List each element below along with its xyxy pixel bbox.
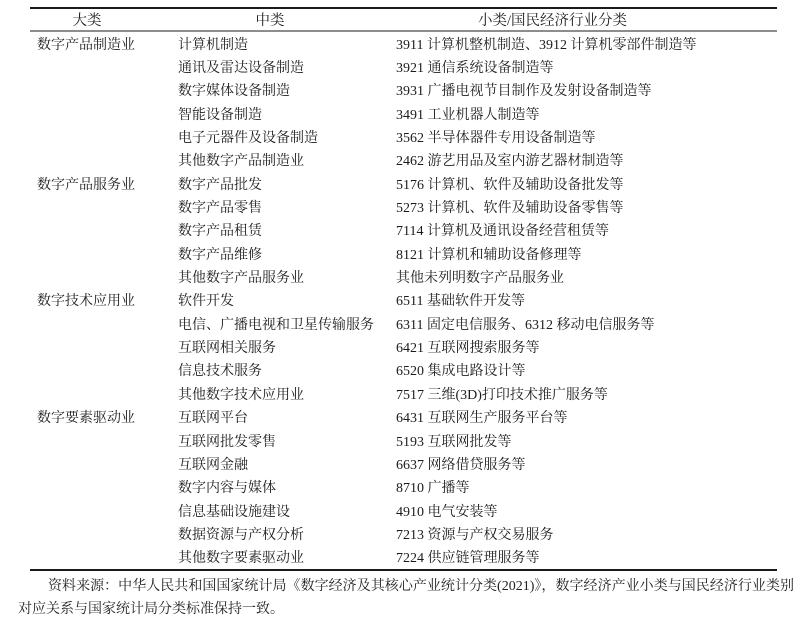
table-row: 数字要素驱动业互联网平台6431 互联网生产服务平台等 bbox=[30, 406, 777, 429]
cell-middle-category: 其他数字产品制造业 bbox=[170, 149, 388, 172]
cell-industry-classification: 8121 计算机和辅助设备修理等 bbox=[388, 242, 777, 265]
cell-industry-classification: 7213 资源与产权交易服务 bbox=[388, 522, 777, 545]
cell-major-category bbox=[30, 265, 170, 288]
cell-industry-classification: 6511 基础软件开发等 bbox=[388, 289, 777, 312]
cell-industry-classification: 2462 游艺用品及室内游艺器材制造等 bbox=[388, 149, 777, 172]
cell-middle-category: 互联网平台 bbox=[170, 406, 388, 429]
table-row: 信息技术服务6520 集成电路设计等 bbox=[30, 359, 777, 382]
table-row: 数字产品制造业计算机制造3911 计算机整机制造、3912 计算机零部件制造等 bbox=[30, 31, 777, 55]
cell-major-category bbox=[30, 219, 170, 242]
cell-middle-category: 其他数字要素驱动业 bbox=[170, 546, 388, 570]
cell-major-category bbox=[30, 499, 170, 522]
table-row: 数字技术应用业软件开发6511 基础软件开发等 bbox=[30, 289, 777, 312]
cell-major-category bbox=[30, 55, 170, 78]
cell-industry-classification: 7114 计算机及通讯设备经营租赁等 bbox=[388, 219, 777, 242]
cell-middle-category: 计算机制造 bbox=[170, 31, 388, 55]
table-row: 其他数字要素驱动业7224 供应链管理服务等 bbox=[30, 546, 777, 570]
cell-major-category bbox=[30, 242, 170, 265]
cell-industry-classification: 5273 计算机、软件及辅助设备零售等 bbox=[388, 195, 777, 218]
table-row: 数字媒体设备制造3931 广播电视节目制作及发射设备制造等 bbox=[30, 79, 777, 102]
cell-middle-category: 电信、广播电视和卫星传输服务 bbox=[170, 312, 388, 335]
cell-major-category bbox=[30, 429, 170, 452]
cell-middle-category: 数字媒体设备制造 bbox=[170, 79, 388, 102]
cell-major-category bbox=[30, 335, 170, 358]
cell-middle-category: 电子元器件及设备制造 bbox=[170, 125, 388, 148]
cell-industry-classification: 3931 广播电视节目制作及发射设备制造等 bbox=[388, 79, 777, 102]
cell-major-category bbox=[30, 102, 170, 125]
table-row: 互联网批发零售5193 互联网批发等 bbox=[30, 429, 777, 452]
table-body: 数字产品制造业计算机制造3911 计算机整机制造、3912 计算机零部件制造等通… bbox=[30, 31, 777, 570]
cell-industry-classification: 4910 电气安装等 bbox=[388, 499, 777, 522]
table-row: 数字产品零售5273 计算机、软件及辅助设备零售等 bbox=[30, 195, 777, 218]
table-row: 数据资源与产权分析7213 资源与产权交易服务 bbox=[30, 522, 777, 545]
cell-major-category bbox=[30, 79, 170, 102]
cell-industry-classification: 3562 半导体器件专用设备制造等 bbox=[388, 125, 777, 148]
cell-middle-category: 信息基础设施建设 bbox=[170, 499, 388, 522]
table-row: 数字内容与媒体8710 广播等 bbox=[30, 476, 777, 499]
table-row: 其他数字产品制造业2462 游艺用品及室内游艺器材制造等 bbox=[30, 149, 777, 172]
table-row: 数字产品维修8121 计算机和辅助设备修理等 bbox=[30, 242, 777, 265]
cell-major-category: 数字产品制造业 bbox=[30, 31, 170, 55]
cell-industry-classification: 其他未列明数字产品服务业 bbox=[388, 265, 777, 288]
cell-major-category bbox=[30, 452, 170, 475]
table-row: 互联网相关服务6421 互联网搜索服务等 bbox=[30, 335, 777, 358]
col-header-industry-classification: 小类/国民经济行业分类 bbox=[388, 8, 777, 31]
cell-major-category bbox=[30, 195, 170, 218]
cell-industry-classification: 5176 计算机、软件及辅助设备批发等 bbox=[388, 172, 777, 195]
cell-industry-classification: 3491 工业机器人制造等 bbox=[388, 102, 777, 125]
cell-middle-category: 数字产品租赁 bbox=[170, 219, 388, 242]
cell-major-category bbox=[30, 382, 170, 405]
cell-industry-classification: 8710 广播等 bbox=[388, 476, 777, 499]
cell-middle-category: 其他数字技术应用业 bbox=[170, 382, 388, 405]
cell-middle-category: 软件开发 bbox=[170, 289, 388, 312]
cell-middle-category: 通讯及雷达设备制造 bbox=[170, 55, 388, 78]
table-row: 信息基础设施建设4910 电气安装等 bbox=[30, 499, 777, 522]
table-row: 互联网金融6637 网络借贷服务等 bbox=[30, 452, 777, 475]
cell-industry-classification: 6421 互联网搜索服务等 bbox=[388, 335, 777, 358]
cell-middle-category: 数字产品批发 bbox=[170, 172, 388, 195]
cell-major-category: 数字产品服务业 bbox=[30, 172, 170, 195]
cell-industry-classification: 6431 互联网生产服务平台等 bbox=[388, 406, 777, 429]
cell-middle-category: 数据资源与产权分析 bbox=[170, 522, 388, 545]
cell-middle-category: 互联网相关服务 bbox=[170, 335, 388, 358]
cell-industry-classification: 5193 互联网批发等 bbox=[388, 429, 777, 452]
col-header-middle-category: 中类 bbox=[170, 8, 388, 31]
table-row: 电子元器件及设备制造3562 半导体器件专用设备制造等 bbox=[30, 125, 777, 148]
table-row: 其他数字技术应用业7517 三维(3D)打印技术推广服务等 bbox=[30, 382, 777, 405]
cell-major-category bbox=[30, 312, 170, 335]
cell-middle-category: 互联网批发零售 bbox=[170, 429, 388, 452]
table-row: 智能设备制造3491 工业机器人制造等 bbox=[30, 102, 777, 125]
cell-middle-category: 数字内容与媒体 bbox=[170, 476, 388, 499]
cell-middle-category: 数字产品零售 bbox=[170, 195, 388, 218]
source-note: 资料来源：中华人民共和国国家统计局《数字经济及其核心产业统计分类(2021)》，… bbox=[18, 576, 794, 621]
cell-industry-classification: 6520 集成电路设计等 bbox=[388, 359, 777, 382]
col-header-major-category: 大类 bbox=[30, 8, 170, 31]
table-row: 电信、广播电视和卫星传输服务6311 固定电信服务、6312 移动电信服务等 bbox=[30, 312, 777, 335]
cell-major-category bbox=[30, 125, 170, 148]
cell-major-category bbox=[30, 522, 170, 545]
cell-industry-classification: 3911 计算机整机制造、3912 计算机零部件制造等 bbox=[388, 31, 777, 55]
cell-industry-classification: 7224 供应链管理服务等 bbox=[388, 546, 777, 570]
table-row: 其他数字产品服务业其他未列明数字产品服务业 bbox=[30, 265, 777, 288]
cell-industry-classification: 3921 通信系统设备制造等 bbox=[388, 55, 777, 78]
cell-industry-classification: 6637 网络借贷服务等 bbox=[388, 452, 777, 475]
cell-major-category bbox=[30, 546, 170, 570]
cell-industry-classification: 6311 固定电信服务、6312 移动电信服务等 bbox=[388, 312, 777, 335]
cell-middle-category: 其他数字产品服务业 bbox=[170, 265, 388, 288]
cell-middle-category: 智能设备制造 bbox=[170, 102, 388, 125]
cell-industry-classification: 7517 三维(3D)打印技术推广服务等 bbox=[388, 382, 777, 405]
cell-middle-category: 互联网金融 bbox=[170, 452, 388, 475]
cell-middle-category: 信息技术服务 bbox=[170, 359, 388, 382]
cell-major-category bbox=[30, 476, 170, 499]
table-row: 数字产品服务业数字产品批发5176 计算机、软件及辅助设备批发等 bbox=[30, 172, 777, 195]
cell-major-category bbox=[30, 149, 170, 172]
table-row: 通讯及雷达设备制造3921 通信系统设备制造等 bbox=[30, 55, 777, 78]
table-row: 数字产品租赁7114 计算机及通讯设备经营租赁等 bbox=[30, 219, 777, 242]
page: 大类 中类 小类/国民经济行业分类 数字产品制造业计算机制造3911 计算机整机… bbox=[0, 0, 808, 628]
cell-major-category: 数字技术应用业 bbox=[30, 289, 170, 312]
cell-middle-category: 数字产品维修 bbox=[170, 242, 388, 265]
cell-major-category bbox=[30, 359, 170, 382]
cell-major-category: 数字要素驱动业 bbox=[30, 406, 170, 429]
table-header: 大类 中类 小类/国民经济行业分类 bbox=[30, 8, 777, 31]
header-row: 大类 中类 小类/国民经济行业分类 bbox=[30, 8, 777, 31]
classification-table: 大类 中类 小类/国民经济行业分类 数字产品制造业计算机制造3911 计算机整机… bbox=[30, 7, 777, 571]
